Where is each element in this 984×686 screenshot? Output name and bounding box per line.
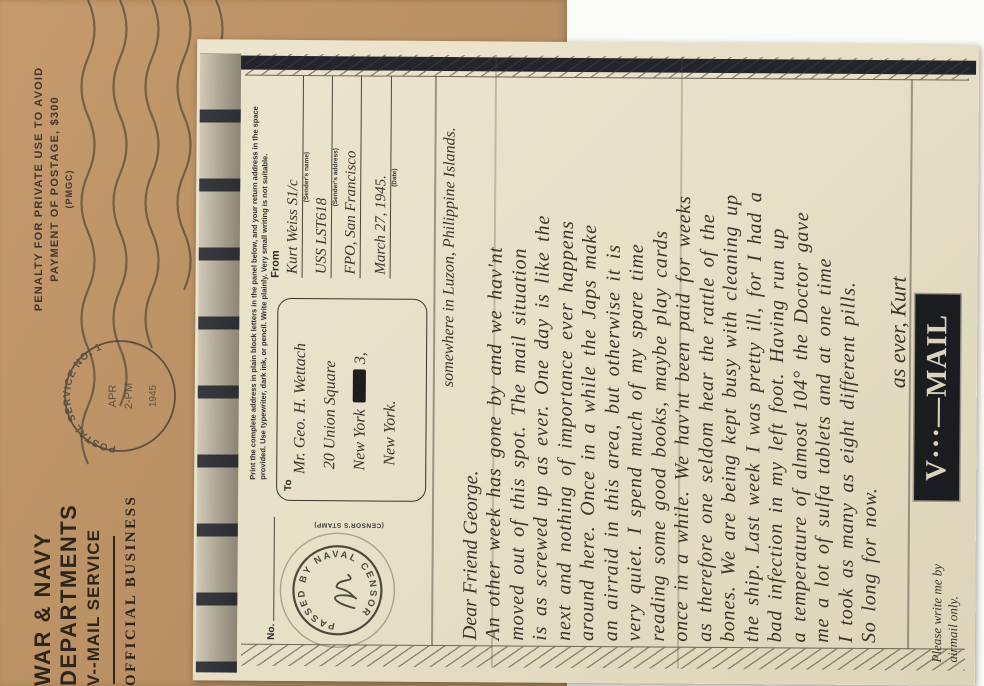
from-label: From xyxy=(270,76,283,278)
return-address-block: WAR & NAVY DEPARTMENTS V--MAIL SERVICE O… xyxy=(30,386,162,686)
service-line: V--MAIL SERVICE xyxy=(82,386,106,686)
signature-closing: as ever, Kurt xyxy=(883,83,912,388)
letter-body: somewhere in Luzon, Philippine Islands. … xyxy=(435,80,912,643)
body-line: once in a while. We hav'nt been paid for… xyxy=(670,82,697,642)
sender-name: Kurt Weiss S1/c xyxy=(284,76,304,278)
address-line: New York3, xyxy=(345,343,376,470)
to-address-panel: To Mr. Geo. H. Wettach 20 Union Square N… xyxy=(276,298,427,502)
department-line: DEPARTMENTS xyxy=(56,386,82,686)
redaction-block xyxy=(353,369,366,402)
address-line: New York. xyxy=(375,344,406,466)
to-address: Mr. Geo. H. Wettach 20 Union Square New … xyxy=(285,343,406,475)
censor-ring-text: PASSED BY NAVAL CENSOR xyxy=(296,549,379,632)
svg-text:PASSED BY NAVAL CENSOR: PASSED BY NAVAL CENSOR xyxy=(296,549,379,632)
postscript-line: airmail only. xyxy=(945,564,962,663)
date-caption: (Date) xyxy=(391,77,400,279)
vmail-letter: Print the complete address in plain bloc… xyxy=(193,39,979,685)
sender-address-caption: (Sender's address) xyxy=(332,76,341,278)
sender-address: USS LST618 xyxy=(313,76,333,278)
department-line: WAR & NAVY xyxy=(30,386,56,686)
airmail-postscript: Please write me by airmail only. xyxy=(929,564,962,663)
from-address-panel: From Kurt Weiss S1/c (Sender's name) USS… xyxy=(270,76,402,279)
postscript-line: Please write me by xyxy=(929,564,946,663)
form-instructions: Print the complete address in plain bloc… xyxy=(248,78,270,480)
censor-signature-icon xyxy=(335,574,356,608)
penalty-line: PAYMENT OF POSTAGE, $300 xyxy=(49,48,61,330)
vmail-form: Print the complete address in plain bloc… xyxy=(241,54,969,671)
censor-stamp-caption: (CENSOR'S STAMP) xyxy=(288,521,384,529)
body-line: bad infection in my left foot. Having ru… xyxy=(764,82,791,642)
vmail-logo: V···—MAIL xyxy=(914,294,960,500)
body-line: So long for now. xyxy=(858,83,885,643)
address-line: 20 Union Square xyxy=(315,343,346,469)
sender-name-caption: (Sender's name) xyxy=(303,76,312,278)
letter-date: March 27, 1945. xyxy=(372,77,392,279)
divider xyxy=(113,536,115,684)
body-line: bones. We are being kept busy with clean… xyxy=(717,82,744,642)
body-line: around here. Once in a while the Japs ma… xyxy=(576,81,603,641)
film-sprocket-strip xyxy=(196,53,241,672)
body-line: very quiet. I spend much of my spare tim… xyxy=(623,81,650,641)
address-line: Mr. Geo. H. Wettach xyxy=(285,343,316,474)
body-line: is as screwed up as ever. One day is lik… xyxy=(529,81,556,641)
body-line: An other week has gone by and we hav'nt xyxy=(482,80,509,640)
naval-censor-stamp: PASSED BY NAVAL CENSOR xyxy=(275,528,400,653)
number-blank-line xyxy=(263,517,275,621)
penalty-line: PENALTY FOR PRIVATE USE TO AVOID xyxy=(33,48,45,330)
scanned-vmail-document: PENALTY FOR PRIVATE USE TO AVOID PAYMENT… xyxy=(0,0,984,686)
sender-fpo: FPO, San Francisco xyxy=(342,76,362,278)
dateline: somewhere in Luzon, Philippine Islands. xyxy=(437,80,462,387)
body-line: me a lot of sulfa tablets and at one tim… xyxy=(811,83,838,643)
to-label: To xyxy=(283,479,294,491)
official-business-line: OFFICIAL BUSINESS xyxy=(123,386,140,686)
